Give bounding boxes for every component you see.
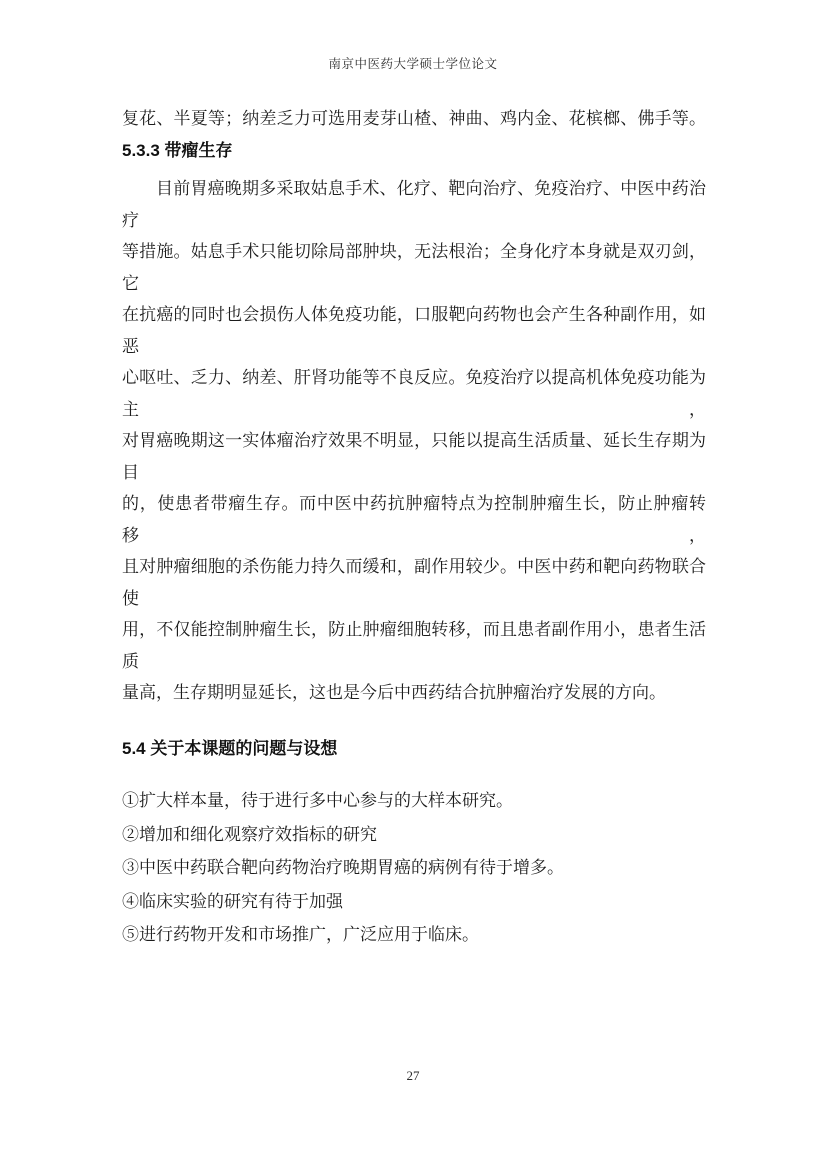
paragraph-5-3-3: 目前胃癌晚期多采取姑息手术、化疗、靶向治疗、免疫治疗、中医中药治疗 等措施。姑息… bbox=[122, 173, 706, 709]
thesis-page: 南京中医药大学硕士学位论文 复花、半夏等；纳差乏力可选用麦芽山楂、神曲、鸡内金、… bbox=[0, 0, 826, 1169]
numbered-item: ⑤进行药物开发和市场推广，广泛应用于临床。 bbox=[122, 918, 706, 952]
paragraph-line: 量高，生存期明显延长，这也是今后中西药结合抗肿瘤治疗发展的方向。 bbox=[122, 677, 706, 709]
page-number: 27 bbox=[0, 1068, 826, 1084]
numbered-item: ④临床实验的研究有待于加强 bbox=[122, 885, 706, 919]
paragraph-line: 的，使患者带瘤生存。而中医中药抗肿瘤特点为控制肿瘤生长，防止肿瘤转移， bbox=[122, 488, 706, 551]
section-heading-5-4: 5.4 关于本课题的问题与设想 bbox=[122, 733, 706, 765]
section-heading-5-3-3: 5.3.3 带瘤生存 bbox=[122, 135, 706, 167]
paragraph-line: 且对肿瘤细胞的杀伤能力持久而缓和，副作用较少。中医中药和靶向药物联合使 bbox=[122, 551, 706, 614]
paragraph-line: 用，不仅能控制肿瘤生长，防止肿瘤细胞转移，而且患者副作用小，患者生活质 bbox=[122, 614, 706, 677]
paragraph-line: 等措施。姑息手术只能切除局部肿块，无法根治；全身化疗本身就是双刃剑，它 bbox=[122, 236, 706, 299]
paragraph-line: 在抗癌的同时也会损伤人体免疫功能，口服靶向药物也会产生各种副作用，如恶 bbox=[122, 299, 706, 362]
numbered-item: ①扩大样本量，待于进行多中心参与的大样本研究。 bbox=[122, 784, 706, 818]
numbered-idea-list: ①扩大样本量，待于进行多中心参与的大样本研究。 ②增加和细化观察疗效指标的研究 … bbox=[122, 784, 706, 952]
numbered-item: ②增加和细化观察疗效指标的研究 bbox=[122, 818, 706, 852]
paragraph-line: 对胃癌晚期这一实体瘤治疗效果不明显，只能以提高生活质量、延长生存期为目 bbox=[122, 425, 706, 488]
paragraph-line: 心呕吐、乏力、纳差、肝肾功能等不良反应。免疫治疗以提高机体免疫功能为主， bbox=[122, 362, 706, 425]
paragraph-line: 目前胃癌晚期多采取姑息手术、化疗、靶向治疗、免疫治疗、中医中药治疗 bbox=[122, 173, 706, 236]
continuation-text-line: 复花、半夏等；纳差乏力可选用麦芽山楂、神曲、鸡内金、花槟榔、佛手等。 bbox=[122, 103, 706, 135]
page-body: 复花、半夏等；纳差乏力可选用麦芽山楂、神曲、鸡内金、花槟榔、佛手等。 5.3.3… bbox=[122, 103, 706, 952]
numbered-item: ③中医中药联合靶向药物治疗晚期胃癌的病例有待于增多。 bbox=[122, 851, 706, 885]
running-header: 南京中医药大学硕士学位论文 bbox=[0, 54, 826, 72]
